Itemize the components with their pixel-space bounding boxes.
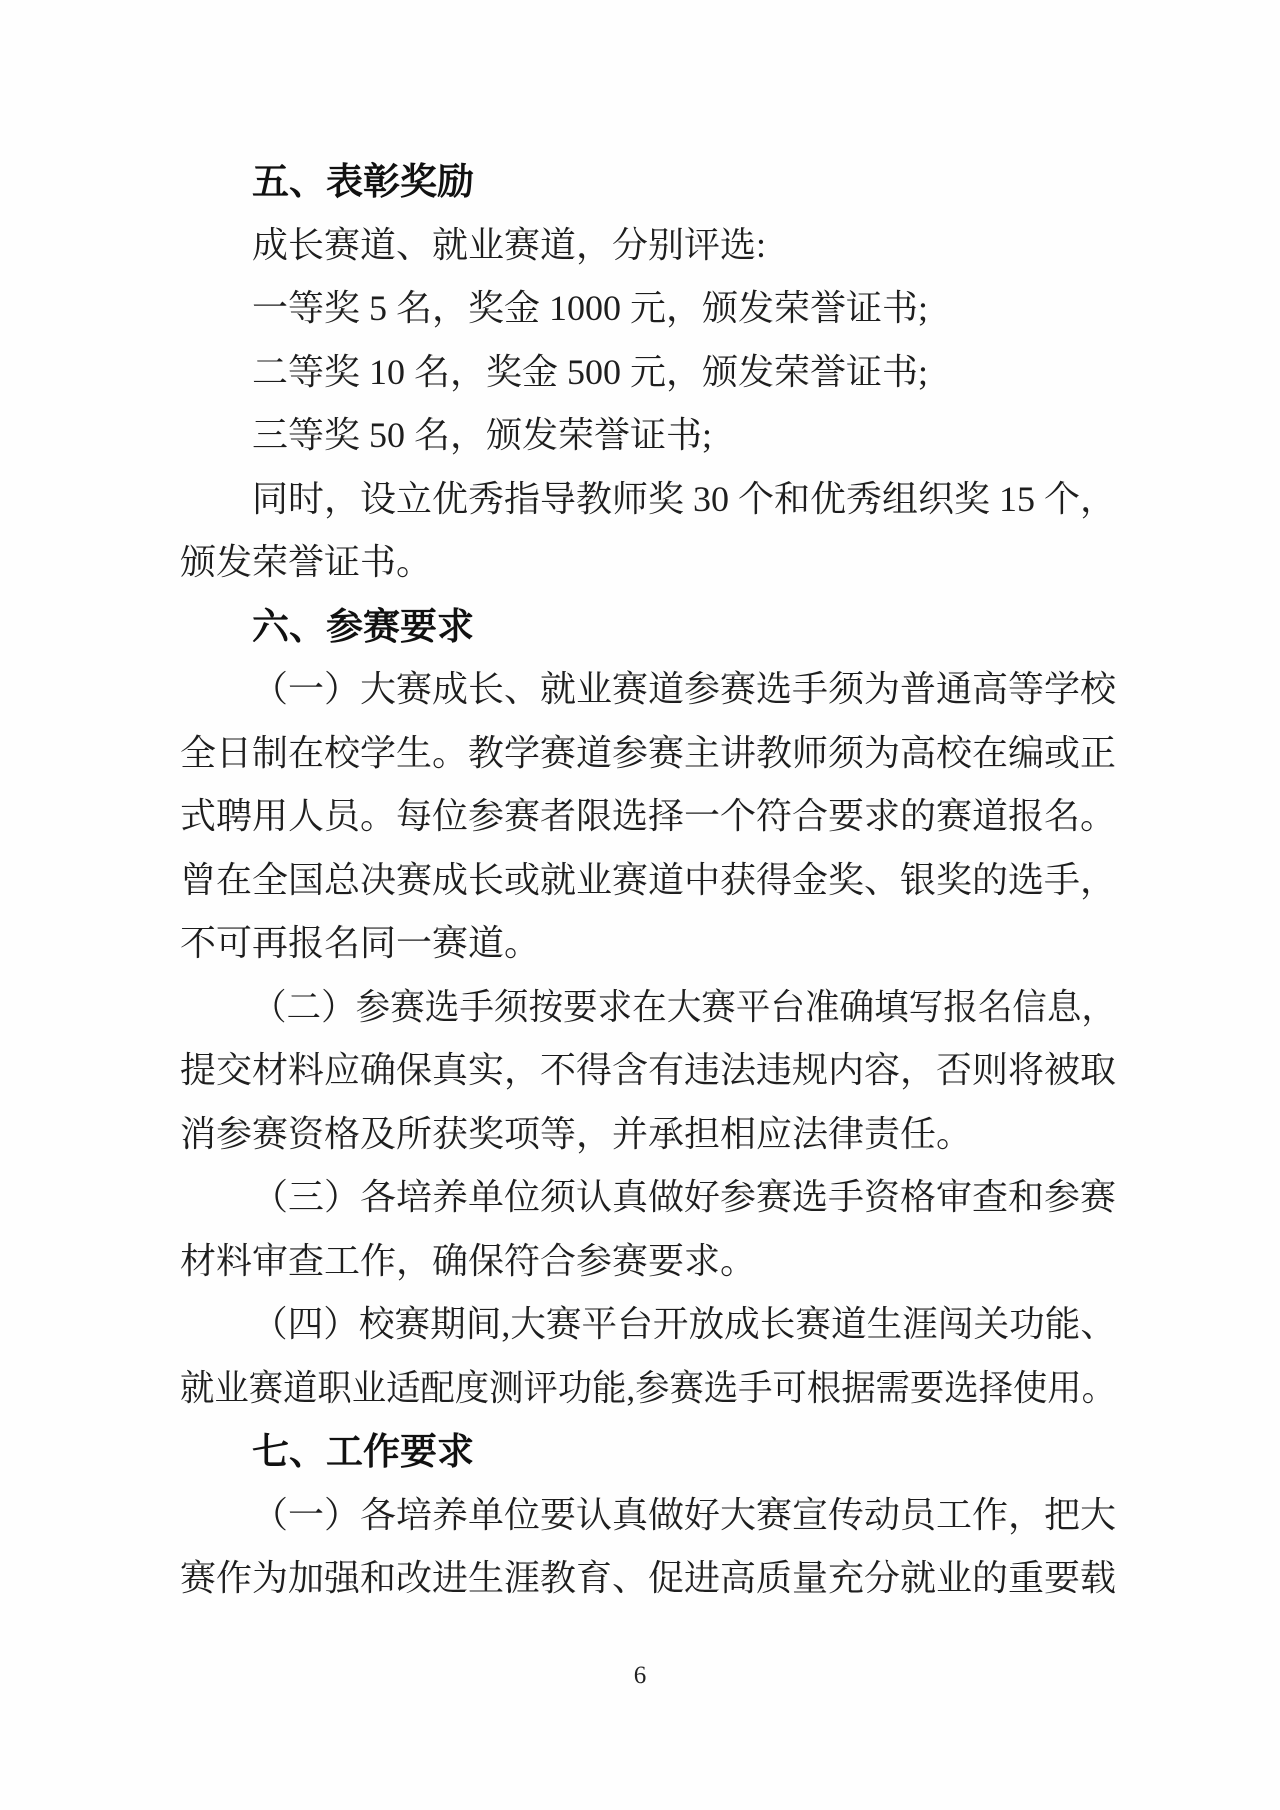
section-heading: 六、参赛要求 [180, 595, 1116, 659]
paragraph: （一）各培养单位要认真做好大赛宣传动员工作，把大赛作为加强和改进生涯教育、促进高… [180, 1484, 1116, 1611]
text-line-content: 不可再报名同一赛道。 [180, 912, 540, 976]
text-line-content: 颁发荣誉证书。 [180, 531, 432, 595]
text-line-content: 式聘用人员。每位参赛者限选择一个符合要求的赛道报名。 [180, 785, 1116, 849]
text-line-content: 五、表彰奖励 [252, 150, 474, 214]
text-line: 式聘用人员。每位参赛者限选择一个符合要求的赛道报名。 [180, 785, 1116, 849]
text-line: （二）参赛选手须按要求在大赛平台准确填写报名信息， [180, 976, 1116, 1040]
text-line: 赛作为加强和改进生涯教育、促进高质量充分就业的重要载 [180, 1547, 1116, 1611]
text-line: 提交材料应确保真实，不得含有违法违规内容，否则将被取 [180, 1039, 1116, 1103]
text-line-content: （四）校赛期间,大赛平台开放成长赛道生涯闯关功能、 [252, 1293, 1116, 1357]
paragraph: （一）大赛成长、就业赛道参赛选手须为普通高等学校全日制在校学生。教学赛道参赛主讲… [180, 658, 1116, 976]
text-line: 六、参赛要求 [180, 595, 1116, 659]
text-line-content: 就业赛道职业适配度测评功能,参赛选手可根据需要选择使用。 [180, 1357, 1116, 1421]
text-line: 不可再报名同一赛道。 [180, 912, 1116, 976]
text-line: 颁发荣誉证书。 [180, 531, 1116, 595]
text-line-content: 一等奖 5 名，奖金 1000 元，颁发荣誉证书; [252, 277, 928, 341]
text-line: （三）各培养单位须认真做好参赛选手资格审查和参赛 [180, 1166, 1116, 1230]
text-line-content: 成长赛道、就业赛道，分别评选: [252, 214, 766, 278]
text-line: 成长赛道、就业赛道，分别评选: [180, 214, 1116, 278]
paragraph: 同时，设立优秀指导教师奖 30 个和优秀组织奖 15 个，颁发荣誉证书。 [180, 468, 1116, 595]
text-line-content: 三等奖 50 名，颁发荣誉证书; [252, 404, 712, 468]
text-line-content: （二）参赛选手须按要求在大赛平台准确填写报名信息， [252, 976, 1116, 1040]
paragraph: 二等奖 10 名，奖金 500 元，颁发荣誉证书; [180, 341, 1116, 405]
text-line: （四）校赛期间,大赛平台开放成长赛道生涯闯关功能、 [180, 1293, 1116, 1357]
text-line: 曾在全国总决赛成长或就业赛道中获得金奖、银奖的选手， [180, 849, 1116, 913]
text-line-content: 消参赛资格及所获奖项等，并承担相应法律责任。 [180, 1103, 972, 1167]
text-line-content: 提交材料应确保真实，不得含有违法违规内容，否则将被取 [180, 1039, 1116, 1103]
text-line-content: 材料审查工作，确保符合参赛要求。 [180, 1230, 756, 1294]
paragraph: （四）校赛期间,大赛平台开放成长赛道生涯闯关功能、就业赛道职业适配度测评功能,参… [180, 1293, 1116, 1420]
text-line-content: （一）各培养单位要认真做好大赛宣传动员工作，把大 [252, 1484, 1116, 1548]
text-line: 一等奖 5 名，奖金 1000 元，颁发荣誉证书; [180, 277, 1116, 341]
text-line: 材料审查工作，确保符合参赛要求。 [180, 1230, 1116, 1294]
text-line-content: 二等奖 10 名，奖金 500 元，颁发荣誉证书; [252, 341, 928, 405]
text-line: 七、工作要求 [180, 1420, 1116, 1484]
document-body: 五、表彰奖励成长赛道、就业赛道，分别评选:一等奖 5 名，奖金 1000 元，颁… [180, 150, 1116, 1611]
text-line-content: （一）大赛成长、就业赛道参赛选手须为普通高等学校 [252, 658, 1116, 722]
section-heading: 五、表彰奖励 [180, 150, 1116, 214]
text-line: 全日制在校学生。教学赛道参赛主讲教师须为高校在编或正 [180, 722, 1116, 786]
document-page: 五、表彰奖励成长赛道、就业赛道，分别评选:一等奖 5 名，奖金 1000 元，颁… [0, 0, 1280, 1810]
text-line: （一）各培养单位要认真做好大赛宣传动员工作，把大 [180, 1484, 1116, 1548]
paragraph: 一等奖 5 名，奖金 1000 元，颁发荣誉证书; [180, 277, 1116, 341]
text-line: 五、表彰奖励 [180, 150, 1116, 214]
text-line: 就业赛道职业适配度测评功能,参赛选手可根据需要选择使用。 [180, 1357, 1116, 1421]
text-line-content: （三）各培养单位须认真做好参赛选手资格审查和参赛 [252, 1166, 1116, 1230]
text-line-content: 全日制在校学生。教学赛道参赛主讲教师须为高校在编或正 [180, 722, 1116, 786]
text-line: 消参赛资格及所获奖项等，并承担相应法律责任。 [180, 1103, 1116, 1167]
paragraph: （二）参赛选手须按要求在大赛平台准确填写报名信息，提交材料应确保真实，不得含有违… [180, 976, 1116, 1167]
paragraph: 成长赛道、就业赛道，分别评选: [180, 214, 1116, 278]
section-heading: 七、工作要求 [180, 1420, 1116, 1484]
text-line: 二等奖 10 名，奖金 500 元，颁发荣誉证书; [180, 341, 1116, 405]
paragraph: 三等奖 50 名，颁发荣誉证书; [180, 404, 1116, 468]
text-line: 同时，设立优秀指导教师奖 30 个和优秀组织奖 15 个， [180, 468, 1116, 532]
text-line-content: 同时，设立优秀指导教师奖 30 个和优秀组织奖 15 个， [252, 468, 1116, 532]
paragraph: （三）各培养单位须认真做好参赛选手资格审查和参赛材料审查工作，确保符合参赛要求。 [180, 1166, 1116, 1293]
text-line: （一）大赛成长、就业赛道参赛选手须为普通高等学校 [180, 658, 1116, 722]
text-line-content: 曾在全国总决赛成长或就业赛道中获得金奖、银奖的选手， [180, 849, 1116, 913]
text-line-content: 六、参赛要求 [252, 595, 474, 659]
text-line: 三等奖 50 名，颁发荣誉证书; [180, 404, 1116, 468]
text-line-content: 赛作为加强和改进生涯教育、促进高质量充分就业的重要载 [180, 1547, 1116, 1611]
page-number: 6 [0, 1662, 1280, 1690]
text-line-content: 七、工作要求 [252, 1420, 474, 1484]
